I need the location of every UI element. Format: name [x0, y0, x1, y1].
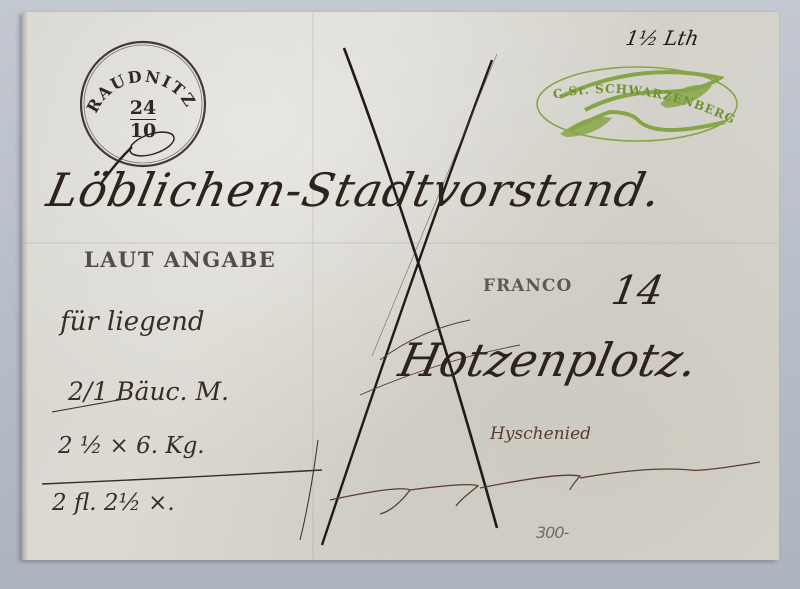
weight-annotation: 1½ Lth: [624, 26, 701, 50]
note-heading: für liegend: [60, 307, 205, 337]
postmark-day: 24: [130, 97, 156, 119]
ledger-lines: [42, 398, 322, 540]
note-line-3: 2 ½ × 6. Kg.: [58, 433, 205, 459]
laut-angabe-handstamp: LAUT ANGABE: [84, 247, 276, 272]
pencil-price: 300-: [536, 523, 568, 542]
note-line-2: 2/1 Bäuc. M.: [68, 377, 229, 406]
seal-stamp-text: C.Sr. SCHWARZENBERG.: [0, 0, 738, 127]
pen-cross-cancellation: [322, 48, 497, 545]
svg-text:C.Sr. SCHWARZENBERG.: C.Sr. SCHWARZENBERG.: [0, 0, 738, 127]
postmark-month: 10: [130, 120, 156, 142]
flourish-signature: Hyschenied: [490, 424, 591, 444]
address-line-2: Hotzenplotz.: [394, 333, 702, 387]
note-line-4: 2 fl. 2½ ×.: [52, 490, 175, 516]
franco-handstamp: FRANCO: [483, 276, 572, 296]
postage-rate: 14: [608, 268, 667, 314]
postmark-date: 24 10: [126, 98, 160, 141]
address-line-1: Löblichen-Stadtvorstand.: [42, 163, 667, 217]
